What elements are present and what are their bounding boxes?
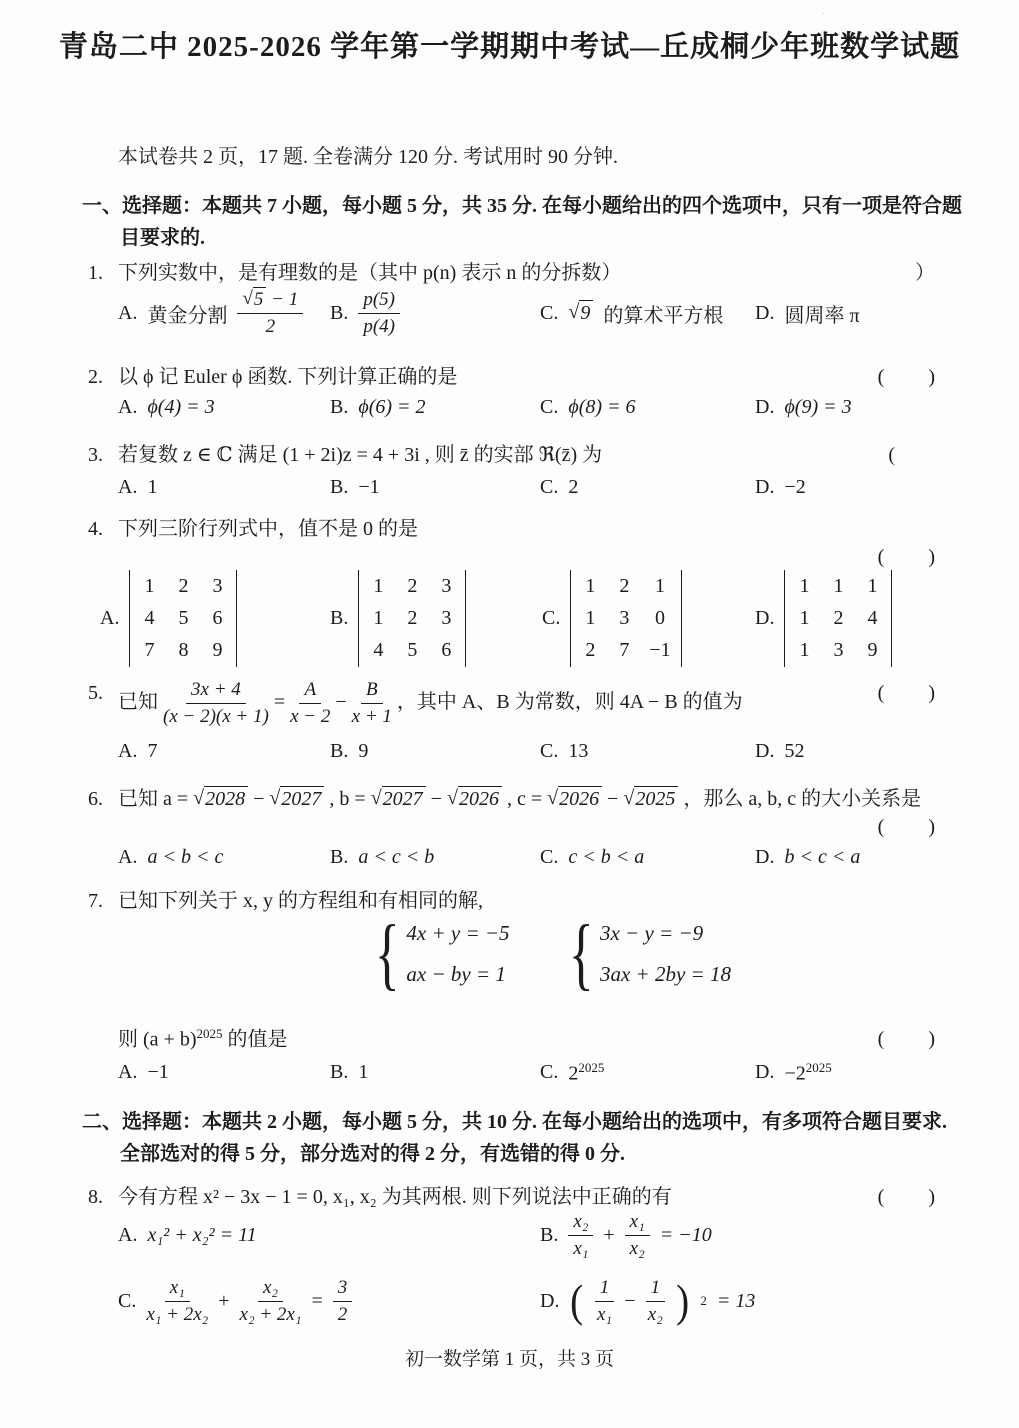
plus-sign: +	[603, 1224, 614, 1247]
option-label: D.	[755, 846, 774, 869]
sqrt-radical: √2026	[447, 788, 502, 810]
q7-option-d: D.−22025	[755, 1060, 1019, 1086]
question-8-options-row-2: C. x₁x₁ + 2x₂ + x₂x₂ + 2x₁ = 32 D. ( 1x₁…	[0, 1276, 1019, 1327]
option-label: A.	[100, 607, 119, 630]
q2-option-c: C.ϕ(8) = 6	[540, 396, 755, 419]
sqrt-radical: √2028	[193, 788, 248, 810]
option-label: D.	[755, 302, 774, 325]
q4-option-c: C.12113027−1	[542, 570, 755, 667]
q3-option-b: B.−1	[330, 476, 540, 499]
question-7-systems: { 4x + y = −5 ax − by = 1 { 3x − y = −9 …	[0, 920, 1019, 988]
determinant-cell: 1	[649, 575, 670, 598]
question-6-options: A.a < b < c B.a < c < b C.c < b < a D.b …	[0, 846, 1019, 869]
option-text: 7	[147, 740, 157, 763]
question-8: 8. 今有方程 x² − 3x − 1 = 0, x₁, x₂ 为其两根. 则下…	[0, 1182, 1019, 1212]
q3-option-c: C.2	[540, 476, 755, 499]
equation-system-2: { 3x − y = −9 3ax + 2by = 18	[562, 920, 731, 988]
question-6-number: 6.	[88, 784, 103, 814]
determinant-cell: 0	[649, 607, 670, 630]
minus-sign: −	[431, 788, 442, 810]
option-text: ϕ(6) = 2	[358, 396, 425, 419]
question-1: 1. 下列实数中，是有理数的是（其中 p(n) 表示 n 的分拆数） ）	[0, 258, 1019, 288]
sqrt-sign-icon: √	[623, 783, 634, 813]
brace-icon: {	[568, 920, 593, 988]
q3-option-d: D.−2	[755, 476, 1019, 499]
option-text: 2	[568, 476, 578, 499]
question-8-stem: 今有方程 x² − 3x − 1 = 0, x₁, x₂ 为其两根. 则下列说法…	[118, 1186, 672, 1208]
section-2-heading: 二、选择题：本题共 2 小题，每小题 5 分，共 10 分. 在每小题给出的选项…	[0, 1106, 1019, 1171]
option-label: C.	[540, 1061, 558, 1084]
determinant-cell: 4	[369, 639, 387, 662]
option-label: D.	[755, 396, 774, 419]
section-1-heading: 一、选择题：本题共 7 小题，每小题 5 分，共 35 分. 在每小题给出的四个…	[0, 190, 1019, 255]
question-7-then-post: 的值是	[227, 1029, 287, 1051]
option-label: A.	[118, 846, 137, 869]
equals-value: = 13	[717, 1290, 756, 1313]
q7-option-c: C.22025	[540, 1060, 755, 1086]
question-5-options: A.7 B.9 C.13 D.52	[0, 740, 1019, 763]
q1-option-c: C. √9 的算术平方根	[540, 299, 755, 328]
fraction: p(5) p(4)	[358, 288, 400, 339]
option-label: A.	[118, 302, 137, 325]
minus-sign: −	[607, 788, 618, 810]
question-1-number: 1.	[88, 258, 103, 288]
option-text: 1	[358, 1061, 368, 1084]
question-2: 2. 以 ϕ 记 Euler ϕ 函数. 下列计算正确的是 ( )	[0, 362, 1019, 392]
equations: 4x + y = −5 ax − by = 1	[406, 921, 509, 987]
option-label: D.	[755, 1061, 774, 1084]
determinant-cell: 1	[369, 575, 387, 598]
q6-option-c: C.c < b < a	[540, 846, 755, 869]
option-label: C.	[540, 396, 558, 419]
sqrt-radical: √5	[242, 289, 266, 310]
question-3-number: 3.	[88, 440, 103, 470]
exam-paper-page: · 青岛二中 2025-2026 学年第一学期期中考试—丘成桐少年班数学试题 本…	[0, 0, 1019, 1428]
determinant-cell: 3	[437, 607, 455, 630]
question-7-number: 7.	[88, 886, 103, 916]
question-3: 3. 若复数 z ∈ ℂ 满足 (1 + 2i)z = 4 + 3i , 则 z…	[0, 440, 1019, 470]
question-6-stem-tail: ，那么 a, b, c 的大小关系是	[683, 788, 921, 810]
q4-option-a: A.123456789	[100, 570, 330, 667]
sqrt-sign-icon: √	[193, 783, 204, 813]
option-label: C.	[118, 1290, 136, 1313]
determinant-cell: 9	[208, 639, 226, 662]
q1-option-b: B. p(5) p(4)	[330, 288, 540, 339]
q5-option-b: B.9	[330, 740, 540, 763]
question-6-answer-bracket: ( )	[0, 816, 1019, 839]
q7-option-a: A.−1	[118, 1061, 330, 1084]
option-label: D.	[755, 607, 774, 630]
option-label: A.	[118, 476, 137, 499]
question-5-answer-bracket: ( )	[878, 678, 937, 708]
option-label: B.	[330, 846, 348, 869]
minus-sign: −	[253, 788, 264, 810]
determinant-cell: 1	[795, 639, 813, 662]
sqrt-radical: √2026	[547, 788, 602, 810]
question-6-stem-pre: 已知 a =	[118, 788, 188, 810]
determinant-cell: 1	[829, 575, 847, 598]
fraction: x₂x₁	[568, 1210, 593, 1261]
question-7-stem: 已知下列关于 x, y 的方程组和有相同的解,	[118, 890, 483, 912]
determinant-cell: 4	[863, 607, 881, 630]
sqrt-sign-icon: √	[371, 783, 382, 813]
page-footer: 初一数学第 1 页，共 3 页	[0, 1344, 1019, 1371]
option-text: x₁² + x₂² = 11	[147, 1224, 256, 1247]
option-label: B.	[330, 607, 348, 630]
equals-sign: =	[274, 691, 285, 713]
fraction: Bx + 1	[352, 678, 392, 729]
q8-option-d: D. ( 1x₁ − 1x₂ )2 = 13	[540, 1276, 1019, 1327]
question-2-number: 2.	[88, 362, 103, 392]
determinant-cell: 2	[403, 575, 421, 598]
determinant-cell: 7	[140, 639, 158, 662]
option-text: 52	[784, 740, 804, 763]
sqrt-sign-icon: √	[568, 301, 579, 324]
option-text: 黄金分割	[147, 299, 227, 328]
determinant-cell: 6	[437, 639, 455, 662]
fraction: 1x₁	[595, 1276, 615, 1327]
question-1-answer-bracket: ）	[915, 258, 937, 288]
q5-option-a: A.7	[118, 740, 330, 763]
determinant-matrix: 111124139	[784, 570, 892, 667]
determinant-cell: 1	[795, 607, 813, 630]
q8-option-b: B. x₂x₁ + x₁x₂ = −10	[540, 1210, 1019, 1261]
question-4-options: A.123456789 B.123123456 C.12113027−1 D.1…	[0, 570, 1019, 667]
determinant-cell: 2	[615, 575, 633, 598]
question-5-stem-tail: ，其中 A、B 为常数，则 4A − B 的值为	[397, 691, 743, 713]
question-2-answer-bracket: ( )	[878, 362, 937, 392]
determinant-cell: 3	[208, 575, 226, 598]
sqrt-radical: √2027	[371, 788, 426, 810]
fraction: 3x + 4(x − 2)(x + 1)	[163, 678, 269, 729]
option-label: B.	[330, 302, 348, 325]
option-text: 圆周率 π	[784, 299, 859, 328]
q5-option-d: D.52	[755, 740, 1019, 763]
determinant-cell: 4	[140, 607, 158, 630]
determinant-cell: 2	[403, 607, 421, 630]
determinant-cell: 1	[140, 575, 158, 598]
determinant-cell: 1	[795, 575, 813, 598]
sqrt-sign-icon: √	[242, 287, 252, 311]
q6-option-b: B.a < c < b	[330, 846, 540, 869]
q3-option-a: A.1	[118, 476, 330, 499]
option-text: −22025	[784, 1060, 831, 1086]
q5-option-c: C.13	[540, 740, 755, 763]
question-1-stem: 下列实数中，是有理数的是（其中 p(n) 表示 n 的分拆数）	[118, 262, 621, 284]
determinant-matrix: 123123456	[358, 570, 466, 667]
option-label: D.	[540, 1290, 559, 1313]
fraction: 32	[333, 1276, 353, 1327]
fraction: x₁x₁ + 2x₂	[146, 1276, 208, 1327]
question-4-stem: 下列三阶行列式中，值不是 0 的是	[118, 518, 418, 540]
question-3-stem: 若复数 z ∈ ℂ 满足 (1 + 2i)z = 4 + 3i , 则 z̄ 的…	[118, 444, 602, 466]
determinant-cell: 1	[863, 575, 881, 598]
option-text: 13	[568, 740, 588, 763]
option-text: b < c < a	[784, 846, 860, 869]
determinant-cell: 7	[615, 639, 633, 662]
equals-value: = −10	[660, 1224, 712, 1247]
question-8-number: 8.	[88, 1182, 103, 1212]
scan-artifact: ·	[822, 8, 826, 20]
determinant-cell: 1	[369, 607, 387, 630]
option-text: a < b < c	[147, 846, 223, 869]
option-label: C.	[540, 302, 558, 325]
q2-option-b: B.ϕ(6) = 2	[330, 396, 540, 419]
option-text: ϕ(4) = 3	[147, 396, 214, 419]
q7-option-b: B.1	[330, 1061, 540, 1084]
option-text: −1	[358, 476, 379, 499]
question-7: 7. 已知下列关于 x, y 的方程组和有相同的解,	[0, 886, 1019, 916]
determinant-cell: 2	[829, 607, 847, 630]
question-7-answer-bracket: ( )	[878, 1024, 937, 1054]
equals-sign: =	[311, 1290, 322, 1313]
question-2-stem: 以 ϕ 记 Euler ϕ 函数. 下列计算正确的是	[118, 366, 457, 388]
exponent: 2025	[806, 1060, 832, 1075]
option-label: A.	[118, 1224, 137, 1247]
q8-option-c: C. x₁x₁ + 2x₂ + x₂x₂ + 2x₁ = 32	[118, 1276, 540, 1327]
option-text: a < c < b	[358, 846, 434, 869]
determinant-cell: 2	[174, 575, 192, 598]
q2-option-d: D.ϕ(9) = 3	[755, 396, 1019, 419]
determinant-cell: 5	[403, 639, 421, 662]
determinant-cell: 3	[829, 639, 847, 662]
option-label: B.	[330, 396, 348, 419]
option-text: 1	[147, 476, 157, 499]
question-5: 5. 已知 3x + 4(x − 2)(x + 1) = Ax − 2 − Bx…	[0, 678, 1019, 729]
question-7-then-pre: 则 (a + b)	[118, 1029, 196, 1051]
determinant-cell: 9	[863, 639, 881, 662]
option-label: C.	[540, 846, 558, 869]
option-text: 的算术平方根	[603, 299, 723, 328]
equation-system-1: { 4x + y = −5 ax − by = 1	[368, 920, 510, 988]
determinant-cell: 8	[174, 639, 192, 662]
determinant-cell: 1	[581, 607, 599, 630]
determinant-matrix: 123456789	[129, 570, 237, 667]
q4-option-d: D.111124139	[755, 570, 1019, 667]
equation: 3ax + 2by = 18	[600, 962, 731, 987]
equation: 4x + y = −5	[406, 921, 509, 946]
option-text: −2	[784, 476, 805, 499]
exponent: 2	[700, 1293, 707, 1309]
question-4: 4. 下列三阶行列式中，值不是 0 的是	[0, 514, 1019, 544]
fraction: 1x₂	[646, 1276, 666, 1327]
sqrt-radical: √9	[568, 302, 593, 325]
q6-option-d: D.b < c < a	[755, 846, 1019, 869]
q1-option-d: D. 圆周率 π	[755, 299, 1019, 328]
determinant-matrix: 12113027−1	[570, 570, 681, 667]
exponent: 2025	[578, 1060, 604, 1075]
sqrt-sign-icon: √	[447, 783, 458, 813]
question-3-answer-bracket: (	[888, 440, 897, 470]
page-title: 青岛二中 2025-2026 学年第一学期期中考试—丘成桐少年班数学试题	[0, 24, 1019, 65]
option-label: C.	[542, 607, 560, 630]
question-1-options: A. 黄金分割 √5 − 1 2 B. p(5) p(4) C. √9 的算术平…	[0, 288, 1019, 339]
q2-option-a: A.ϕ(4) = 3	[118, 396, 330, 419]
brace-icon: {	[375, 920, 400, 988]
determinant-cell: −1	[649, 639, 670, 662]
option-label: B.	[540, 1224, 558, 1247]
question-3-options: A.1 B.−1 C.2 D.−2	[0, 476, 1019, 499]
option-label: A.	[118, 740, 137, 763]
question-8-options-row-1: A. x₁² + x₂² = 11 B. x₂x₁ + x₁x₂ = −10	[0, 1210, 1019, 1261]
q4-option-b: B.123123456	[330, 570, 542, 667]
q8-option-a: A. x₁² + x₂² = 11	[118, 1224, 540, 1247]
option-label: B.	[330, 740, 348, 763]
determinant-cell: 6	[208, 607, 226, 630]
question-2-options: A.ϕ(4) = 3 B.ϕ(6) = 2 C.ϕ(8) = 6 D.ϕ(9) …	[0, 396, 1019, 419]
question-5-stem-pre: 已知	[118, 691, 158, 713]
option-label: B.	[330, 1061, 348, 1084]
sqrt-sign-icon: √	[547, 783, 558, 813]
fraction: x₁x₂	[625, 1210, 650, 1261]
exam-info-line: 本试卷共 2 页，17 题. 全卷满分 120 分. 考试用时 90 分钟.	[0, 140, 1019, 169]
question-6: 6. 已知 a = √2028 − √2027 , b = √2027 − √2…	[0, 784, 1019, 814]
determinant-cell: 2	[581, 639, 599, 662]
sqrt-radical: √2025	[623, 788, 678, 810]
question-8-answer-bracket: ( )	[878, 1182, 937, 1212]
option-label: C.	[540, 740, 558, 763]
separator-text: , b =	[329, 788, 365, 810]
fraction: Ax − 2	[290, 678, 330, 729]
option-text: ϕ(8) = 6	[568, 396, 635, 419]
option-text: 9	[358, 740, 368, 763]
q1-option-a: A. 黄金分割 √5 − 1 2	[118, 288, 330, 339]
option-label: A.	[118, 1061, 137, 1084]
option-label: B.	[330, 476, 348, 499]
equation: ax − by = 1	[406, 962, 509, 987]
option-text: c < b < a	[568, 846, 644, 869]
determinant-cell: 3	[615, 607, 633, 630]
question-4-number: 4.	[88, 514, 103, 544]
option-label: D.	[755, 476, 774, 499]
plus-sign: +	[218, 1290, 229, 1313]
equations: 3x − y = −9 3ax + 2by = 18	[600, 921, 731, 987]
question-4-answer-bracket: ( )	[0, 546, 1019, 569]
equation: 3x − y = −9	[600, 921, 731, 946]
minus-sign: −	[335, 691, 346, 713]
sqrt-sign-icon: √	[269, 783, 280, 813]
question-5-number: 5.	[88, 678, 103, 708]
question-7-then-line: 则 (a + b)2025 的值是 ( )	[0, 1024, 1019, 1055]
sqrt-radical: √2027	[269, 788, 324, 810]
determinant-cell: 3	[437, 575, 455, 598]
option-text: 22025	[568, 1060, 604, 1086]
determinant-cell: 5	[174, 607, 192, 630]
q6-option-a: A.a < b < c	[118, 846, 330, 869]
option-text: −1	[147, 1061, 168, 1084]
minus-sign: −	[624, 1290, 635, 1313]
separator-text: , c =	[507, 788, 542, 810]
fraction: x₂x₂ + 2x₁	[240, 1276, 302, 1327]
option-text: ϕ(9) = 3	[784, 396, 851, 419]
exponent: 2025	[196, 1026, 222, 1041]
option-label: C.	[540, 476, 558, 499]
determinant-cell: 1	[581, 575, 599, 598]
option-label: A.	[118, 396, 137, 419]
question-7-options: A.−1 B.1 C.22025 D.−22025	[0, 1060, 1019, 1086]
option-label: D.	[755, 740, 774, 763]
fraction: √5 − 1 2	[237, 288, 303, 339]
